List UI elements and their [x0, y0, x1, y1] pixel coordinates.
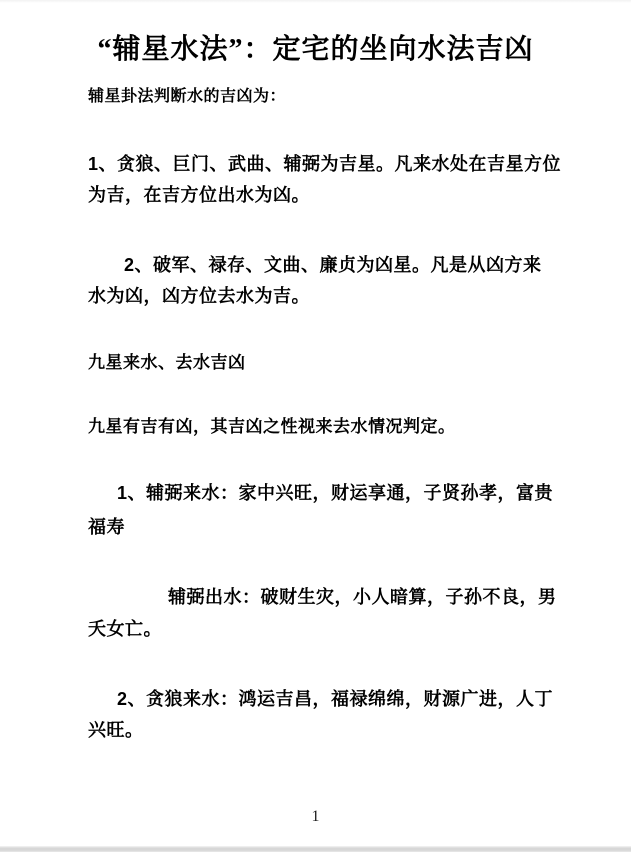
- section-heading: 九星来水、去水吉凶: [88, 352, 246, 374]
- paragraph-line: 福寿: [88, 516, 125, 538]
- document-page: “辅星水法”：定宅的坐向水法吉凶 辅星卦法判断水的吉凶为： 1、贪狼、巨门、武曲…: [0, 0, 631, 846]
- paragraph-line: 2、破军、禄存、文曲、廉贞为凶星。凡是从凶方来: [124, 254, 542, 276]
- intro-line: 辅星卦法判断水的吉凶为：: [88, 86, 286, 108]
- paragraph-line: 水为凶，凶方位去水为吉。: [88, 285, 310, 307]
- paragraph-line: 1、辅弼来水：家中兴旺，财运享通，子贤孙孝，富贵: [117, 482, 553, 504]
- paragraph-line: 九星有吉有凶，其吉凶之性视来去水情况判定。: [88, 416, 456, 438]
- document-title: “辅星水法”：定宅的坐向水法吉凶: [0, 30, 631, 70]
- paragraph-line: 2、贪狼来水：鸿运吉昌，福禄绵绵，财源广进，人丁: [117, 688, 553, 710]
- paragraph-line: 1、贪狼、巨门、武曲、辅弼为吉星。凡来水处在吉星方位: [88, 153, 561, 175]
- paragraph-line: 为吉，在吉方位出水为凶。: [88, 184, 310, 206]
- document-viewer: “辅星水法”：定宅的坐向水法吉凶 辅星卦法判断水的吉凶为： 1、贪狼、巨门、武曲…: [0, 0, 631, 852]
- page-number: 1: [0, 808, 631, 826]
- paragraph-line: 辅弼出水：破财生灾，小人暗算，子孙不良，男: [168, 586, 557, 608]
- page-top-edge: [0, 0, 631, 3]
- paragraph-line: 夭女亡。: [88, 618, 162, 640]
- page-edge-divider: [0, 846, 631, 852]
- paragraph-line: 兴旺。: [88, 719, 144, 741]
